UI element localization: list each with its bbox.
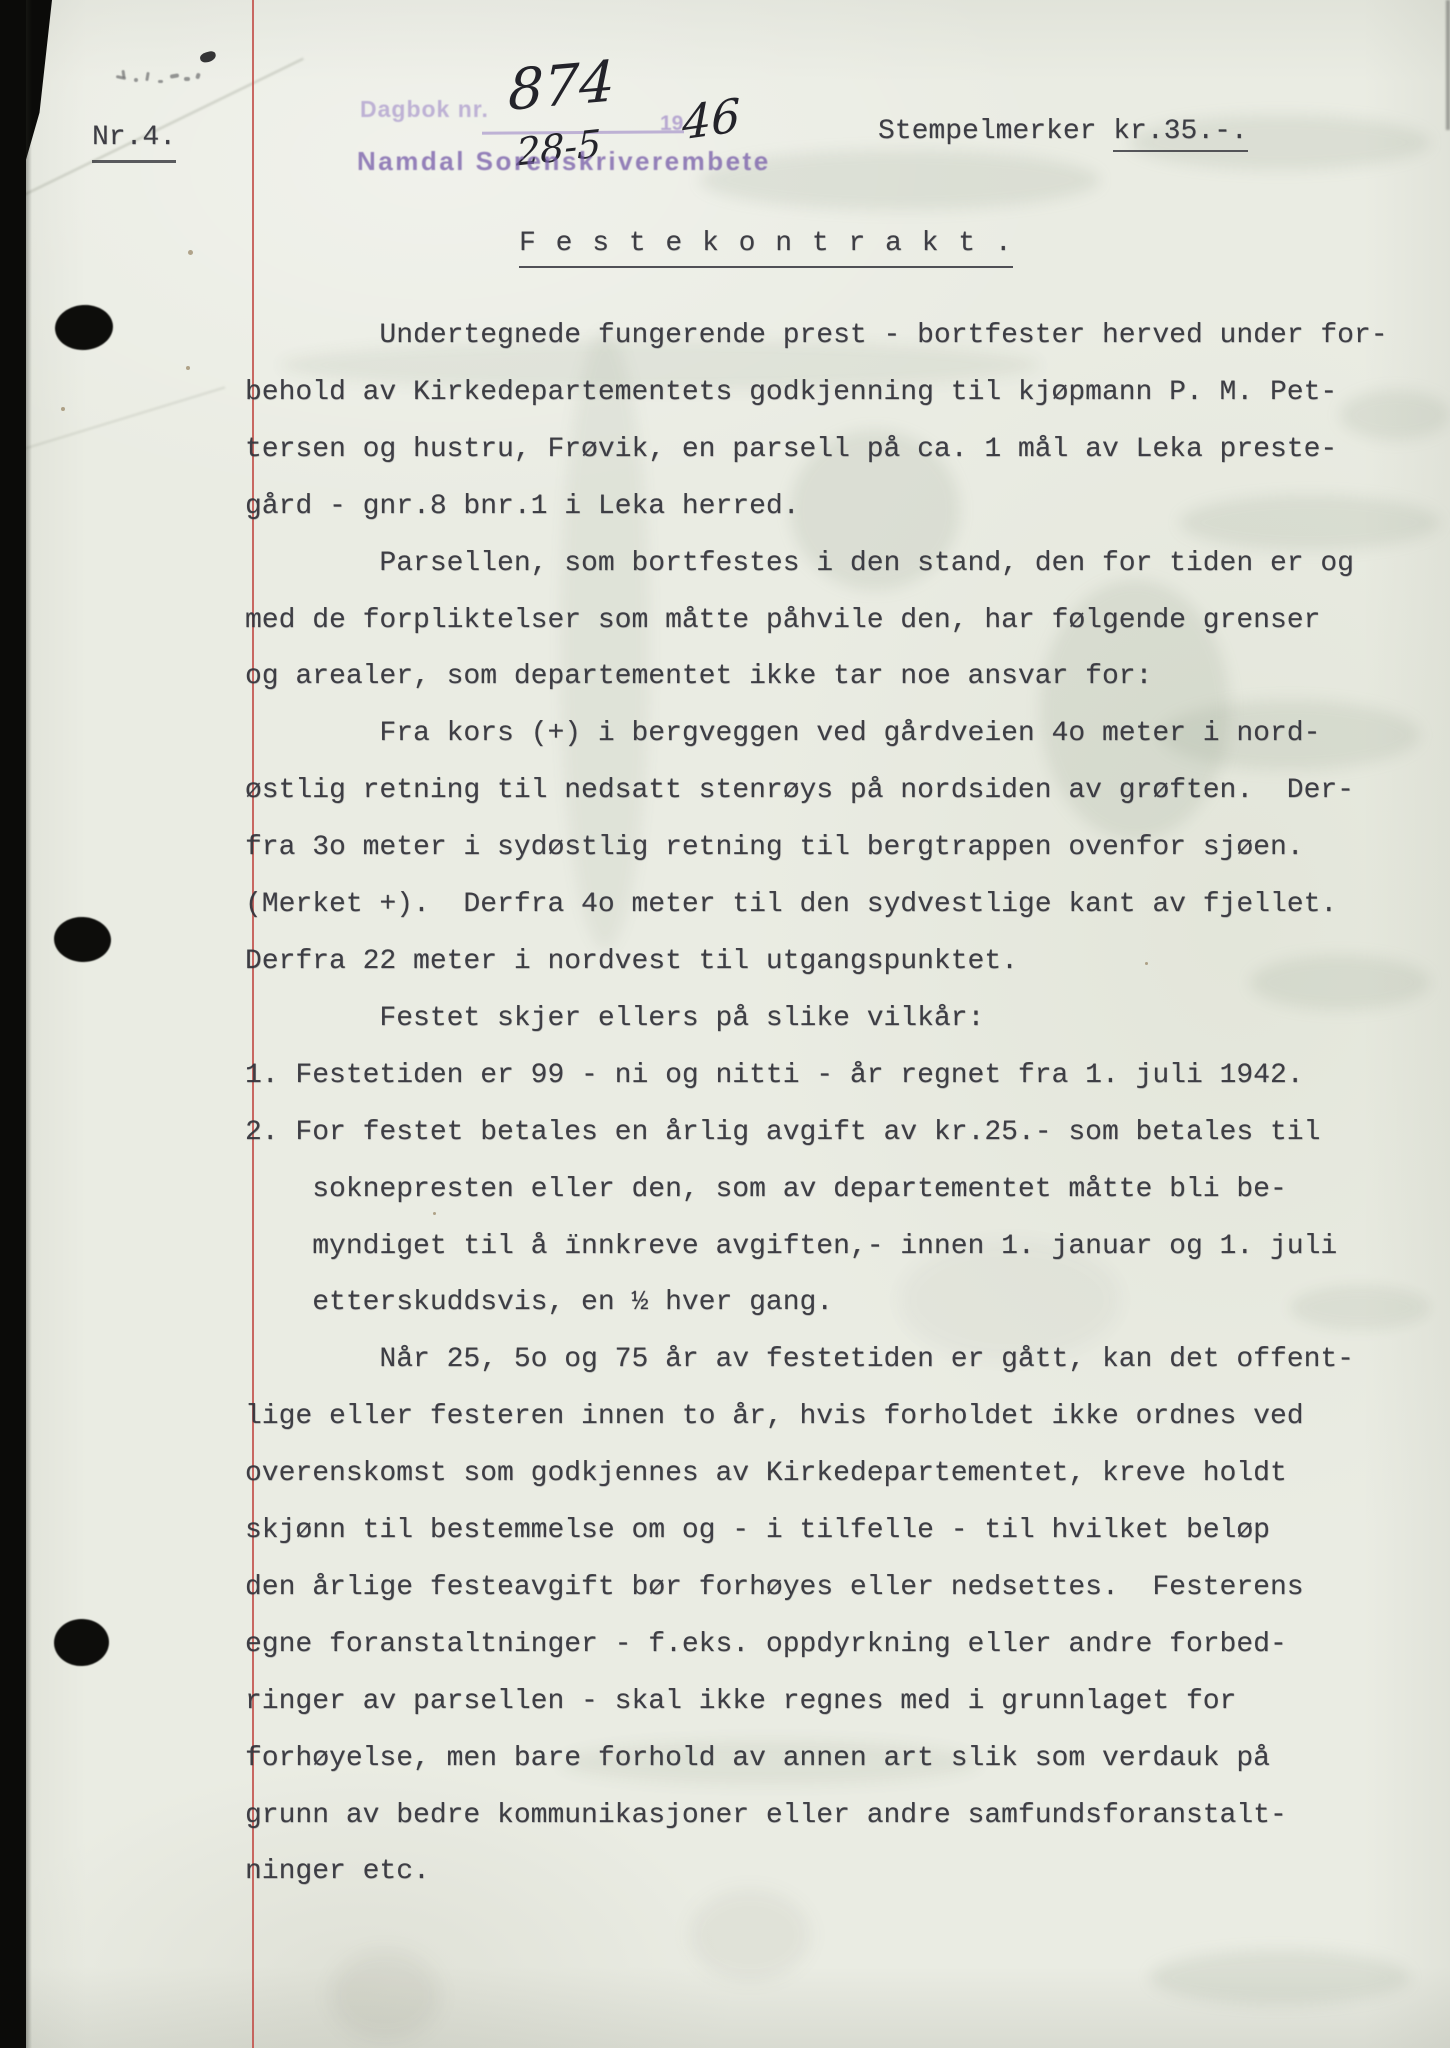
body-line: Derfra 22 meter i nordvest til utgangspu…: [245, 934, 1388, 991]
body-line: Parsellen, som bortfestes i den stand, d…: [245, 536, 1388, 593]
body-line: etterskuddsvis, en ½ hver gang.: [245, 1275, 1388, 1332]
body-line: gård - gnr.8 bnr.1 i Leka herred.: [245, 479, 1388, 536]
body-line: soknepresten eller den, som av departeme…: [245, 1162, 1388, 1219]
document-title: F e s t e k o n t r a k t .: [519, 228, 1013, 268]
stamp-duty-amount: kr.35.-.: [1113, 116, 1247, 152]
scan-edge-right: [1446, 0, 1450, 130]
journal-number-handwritten: 874: [508, 49, 616, 124]
fly-speck: [186, 366, 190, 370]
page-number-label: Nr.4.: [92, 122, 176, 153]
office-stamp: Namdal Sorenskriverembete: [357, 146, 771, 177]
body-line: den årlige festeavgift bør forhøyes elle…: [245, 1560, 1388, 1617]
body-line: ringer av parsellen - skal ikke regnes m…: [245, 1674, 1388, 1731]
fly-speck: [188, 250, 193, 255]
journal-year-handwritten: 46: [682, 88, 740, 151]
pencil-scribble: [112, 62, 212, 92]
paper-stain: [330, 1950, 440, 2040]
fly-speck: [61, 407, 65, 411]
page-edge-shadow: [26, 0, 32, 2048]
punch-hole: [54, 303, 115, 352]
contract-body: Undertegnede fungerende prest - bortfest…: [245, 308, 1388, 1901]
body-line: myndiget til å ïnnkreve avgiften,- innen…: [245, 1219, 1388, 1276]
bleed-through-smudge: [1150, 1950, 1410, 2005]
scanned-document-page: Nr.4. Dagbok nr. 19 874 28-5 46 Namdal S…: [0, 0, 1450, 2048]
journal-stamp-label: Dagbok nr.: [360, 96, 489, 123]
body-line: 2. For festet betales en årlig avgift av…: [245, 1105, 1388, 1162]
paper-stain: [690, 1890, 810, 1980]
body-line: Festet skjer ellers på slike vilkår:: [245, 991, 1388, 1048]
body-line: fra 3o meter i sydøstlig retning til ber…: [245, 820, 1388, 877]
body-line: tersen og hustru, Frøvik, en parsell på …: [245, 422, 1388, 479]
ink-mark: [199, 50, 217, 64]
body-line: ninger etc.: [245, 1844, 1388, 1901]
body-line: forhøyelse, men bare forhold av annen ar…: [245, 1731, 1388, 1788]
body-line: egne foranstaltninger - f.eks. oppdyrkni…: [245, 1617, 1388, 1674]
journal-stamp-year-printed: 19: [660, 112, 683, 136]
body-line: lige eller festeren innen to år, hvis fo…: [245, 1389, 1388, 1446]
body-line: Når 25, 5o og 75 år av festetiden er gåt…: [245, 1332, 1388, 1389]
page-number-text: Nr.4.: [92, 122, 176, 163]
body-line: østlig retning til nedsatt stenrøys på n…: [245, 763, 1388, 820]
body-line: behold av Kirkedepartementets godkjennin…: [245, 365, 1388, 422]
body-line: skjønn til bestemmelse om og - i tilfell…: [245, 1503, 1388, 1560]
paper-crease: [5, 386, 226, 455]
body-line: Fra kors (+) i bergveggen ved gårdveien …: [245, 706, 1388, 763]
body-line: 1. Festetiden er 99 - ni og nitti - år r…: [245, 1048, 1388, 1105]
body-line: overenskomst som godkjennes av Kirkedepa…: [245, 1446, 1388, 1503]
punch-hole: [53, 1618, 110, 1667]
body-line: Undertegnede fungerende prest - bortfest…: [245, 308, 1388, 365]
punch-hole: [53, 916, 112, 964]
body-line: og arealer, som departementet ikke tar n…: [245, 649, 1388, 706]
body-line: grunn av bedre kommunikasjoner eller and…: [245, 1788, 1388, 1845]
body-line: (Merket +). Derfra 4o meter til den sydv…: [245, 877, 1388, 934]
stamp-duty-note: Stempelmerker kr.35.-.: [878, 116, 1248, 147]
stamp-duty-text: Stempelmerker: [878, 116, 1113, 147]
body-line: med de forpliktelser som måtte påhvile d…: [245, 593, 1388, 650]
